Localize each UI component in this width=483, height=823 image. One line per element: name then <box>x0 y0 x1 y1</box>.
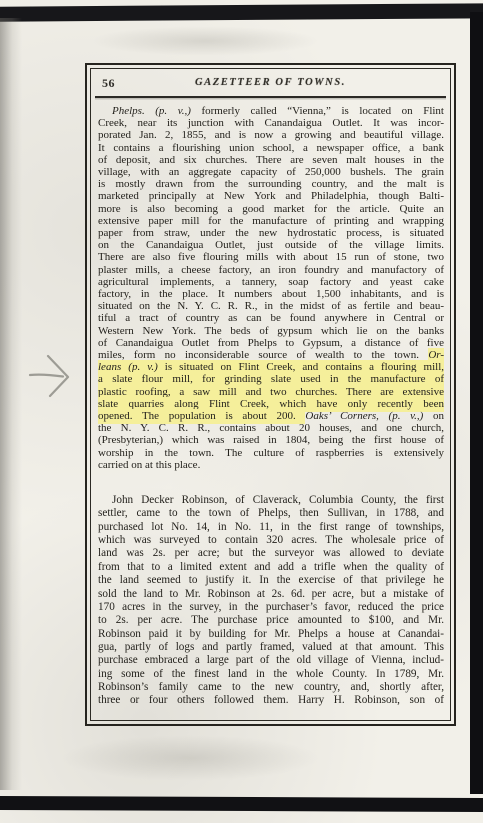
text-segment: to 2s. per acre. The purchase price amou… <box>98 614 444 626</box>
text-line: (Presbyterian,) which was raised in 1804… <box>98 434 444 446</box>
body-text: Phelps. (p. v.,) formerly called “Vienna… <box>95 98 446 708</box>
text-line: purchase embraced a large part of the ol… <box>98 654 444 667</box>
text-line: It contains a flourishing union school, … <box>98 142 444 154</box>
margin-arrow-annotation <box>22 352 82 400</box>
text-segment: factory, in the place. It numbers about … <box>98 288 444 300</box>
text-line: plaster mills, a cheese factory, an iron… <box>98 264 444 276</box>
text-segment: on <box>423 410 444 422</box>
text-segment: agricultural implements, a tannery, soap… <box>98 276 444 288</box>
text-segment: It contains a flourishing union school, … <box>98 142 444 154</box>
page-border-box: 56 GAZETTEER OF TOWNS. Phelps. (p. v.,) … <box>85 63 456 726</box>
running-title: GAZETTEER OF TOWNS. <box>95 73 446 88</box>
text-line: more is also becoming a good market for … <box>98 203 444 215</box>
text-line: Western New York. The beds of gypsum whi… <box>98 325 444 337</box>
text-segment: There are also five flouring mills with … <box>98 251 444 263</box>
text-segment: village, with an aggregate capacity of 2… <box>98 166 444 178</box>
text-segment: Robinson’s family came to the new countr… <box>98 681 444 693</box>
text-segment: which was surveyed to contain 320 acres.… <box>98 534 444 546</box>
text-segment: extensive paper mill for the manufacture… <box>98 215 444 227</box>
text-segment: the N. Y. C. R. R., contains about 20 ho… <box>98 422 444 434</box>
text-line: land was 2s. per acre; but the surveyor … <box>98 547 444 560</box>
text-line: situated on the N. Y. C. R. R., in the m… <box>98 300 444 312</box>
text-line: 170 acres in the survey, in the purchase… <box>98 601 444 614</box>
text-segment: more is also becoming a good market for … <box>98 203 444 215</box>
text-line: worship in the town. The culture of rasp… <box>98 447 444 459</box>
scan-artifact-top-bar <box>0 3 483 21</box>
page-border-inner: 56 GAZETTEER OF TOWNS. Phelps. (p. v.,) … <box>90 68 451 721</box>
text-line: Robinson’s family came to the new countr… <box>98 681 444 694</box>
text-segment: Western New York. The beds of gypsum whi… <box>98 325 444 337</box>
text-line: village, with an aggregate capacity of 2… <box>98 166 444 178</box>
paragraph-2: John Decker Robinson, of Claverack, Colu… <box>98 494 444 708</box>
text-line: paper from straw, under the new hydrosta… <box>98 227 444 239</box>
text-segment: ing some of the finest land in the whole… <box>98 668 444 680</box>
text-line: a slate flour mill, for grinding slate u… <box>98 373 444 385</box>
text-segment: marketed principally at New York and Phi… <box>98 190 444 202</box>
text-segment: is mostly drawn from the surrounding cou… <box>98 178 444 190</box>
text-segment: formerly called “Vienna,” is located on … <box>191 105 444 117</box>
text-line: settler, came to the town of Phelps, the… <box>98 507 444 520</box>
text-line: plastic roofing, a saw mill and two chur… <box>98 386 444 398</box>
text-segment: settler, came to the town of Phelps, the… <box>98 507 444 519</box>
text-line: three or four others followed them. Harr… <box>98 694 444 707</box>
text-line: carried on at this place. <box>98 459 444 471</box>
text-line: gua, partly of logs and partly framed, v… <box>98 641 444 654</box>
text-segment: gua, partly of logs and partly framed, v… <box>98 641 444 653</box>
text-segment: tiful a tract of country as can be found… <box>98 312 444 324</box>
text-line: Creek, near its junction with Canandaigu… <box>98 117 444 129</box>
text-segment: porated Jan. 2, 1855, and is now a growi… <box>98 129 444 141</box>
scan-smudge <box>90 26 320 56</box>
text-segment: worship in the town. The culture of rasp… <box>98 447 444 459</box>
text-line: the land seemed to justify it. In the ex… <box>98 574 444 587</box>
text-segment: plaster mills, a cheese factory, an iron… <box>98 264 444 276</box>
scan-artifact-bottom-bar <box>0 796 483 812</box>
text-line: extensive paper mill for the manufacture… <box>98 215 444 227</box>
text-line: porated Jan. 2, 1855, and is now a growi… <box>98 129 444 141</box>
text-segment: paper from straw, under the new hydrosta… <box>98 227 444 239</box>
text-line: which was surveyed to contain 320 acres.… <box>98 534 444 547</box>
highlighted-text: is situated on Flint Creek, and contains… <box>158 361 444 373</box>
text-line: from that to a limited extent and add a … <box>98 561 444 574</box>
highlighted-text: opened. The population is about 200. <box>98 410 305 422</box>
text-line: marketed principally at New York and Phi… <box>98 190 444 202</box>
scanned-page: 56 GAZETTEER OF TOWNS. Phelps. (p. v.,) … <box>0 0 483 823</box>
scan-smudge <box>60 735 320 781</box>
text-segment: three or four others followed them. Harr… <box>98 694 444 706</box>
page-number: 56 <box>102 76 115 91</box>
page-edge-shadow <box>0 18 22 790</box>
text-line: opened. The population is about 200. Oak… <box>98 410 444 422</box>
text-segment: Phelps. (p. v.,) <box>112 105 191 117</box>
text-segment: of Canandaigua Outlet from Phelps to Gyp… <box>98 337 444 349</box>
highlighted-text: slate quarries along Flint Creek, which … <box>98 398 444 410</box>
text-segment: purchased lot No. 14, in No. 11, in the … <box>98 521 444 533</box>
text-line: is mostly drawn from the surrounding cou… <box>98 178 444 190</box>
text-line: miles, form no inconsiderable source of … <box>98 349 444 361</box>
text-line: leans (p. v.) is situated on Flint Creek… <box>98 361 444 373</box>
text-line: tiful a tract of country as can be found… <box>98 312 444 324</box>
text-segment: John Decker Robinson, of Claverack, Colu… <box>112 494 444 506</box>
text-line: sold the land to Mr. Robinson at 2s. 6d.… <box>98 588 444 601</box>
text-line: on the Canandaigua Outlet, just outside … <box>98 239 444 251</box>
text-line: purchased lot No. 14, in No. 11, in the … <box>98 521 444 534</box>
text-segment: situated on the N. Y. C. R. R., in the m… <box>98 300 444 312</box>
text-segment: of deposit, and six churches. There are … <box>98 154 444 166</box>
paragraph-1: Phelps. (p. v.,) formerly called “Vienna… <box>98 105 444 471</box>
text-line: factory, in the place. It numbers about … <box>98 288 444 300</box>
highlighted-text: a slate flour mill, for grinding slate u… <box>98 373 444 385</box>
page-header: 56 GAZETTEER OF TOWNS. <box>95 73 446 94</box>
text-line: Phelps. (p. v.,) formerly called “Vienna… <box>98 105 444 117</box>
text-segment: miles, form no inconsiderable source of … <box>98 349 428 361</box>
text-segment: Robinson paid it by building for Mr. Phe… <box>98 628 444 640</box>
text-segment: carried on at this place. <box>98 459 200 471</box>
text-line: agricultural implements, a tannery, soap… <box>98 276 444 288</box>
text-segment: on the Canandaigua Outlet, just outside … <box>98 239 444 251</box>
text-segment: purchase embraced a large part of the ol… <box>98 654 444 666</box>
text-segment: sold the land to Mr. Robinson at 2s. 6d.… <box>98 588 444 600</box>
text-segment: land was 2s. per acre; but the surveyor … <box>98 547 444 559</box>
text-line: slate quarries along Flint Creek, which … <box>98 398 444 410</box>
text-line: There are also five flouring mills with … <box>98 251 444 263</box>
text-line: John Decker Robinson, of Claverack, Colu… <box>98 494 444 507</box>
text-line: to 2s. per acre. The purchase price amou… <box>98 614 444 627</box>
text-line: of Canandaigua Outlet from Phelps to Gyp… <box>98 337 444 349</box>
text-segment: from that to a limited extent and add a … <box>98 561 444 573</box>
text-line: of deposit, and six churches. There are … <box>98 154 444 166</box>
text-line: ing some of the finest land in the whole… <box>98 668 444 681</box>
text-line: the N. Y. C. R. R., contains about 20 ho… <box>98 422 444 434</box>
text-segment: Oaks’ Corners, (p. v.,) <box>305 410 423 422</box>
highlighted-text: leans (p. v.) <box>98 361 158 373</box>
highlighted-text: plastic roofing, a saw mill and two chur… <box>98 386 444 398</box>
text-segment: Creek, near its junction with Canandaigu… <box>98 117 444 129</box>
highlighted-text: Or- <box>428 349 444 361</box>
text-line: Robinson paid it by building for Mr. Phe… <box>98 628 444 641</box>
text-segment: the land seemed to justify it. In the ex… <box>98 574 444 586</box>
text-segment: 170 acres in the survey, in the purchase… <box>98 601 444 613</box>
text-segment: (Presbyterian,) which was raised in 1804… <box>98 434 444 446</box>
scan-artifact-right-strip <box>470 12 483 794</box>
